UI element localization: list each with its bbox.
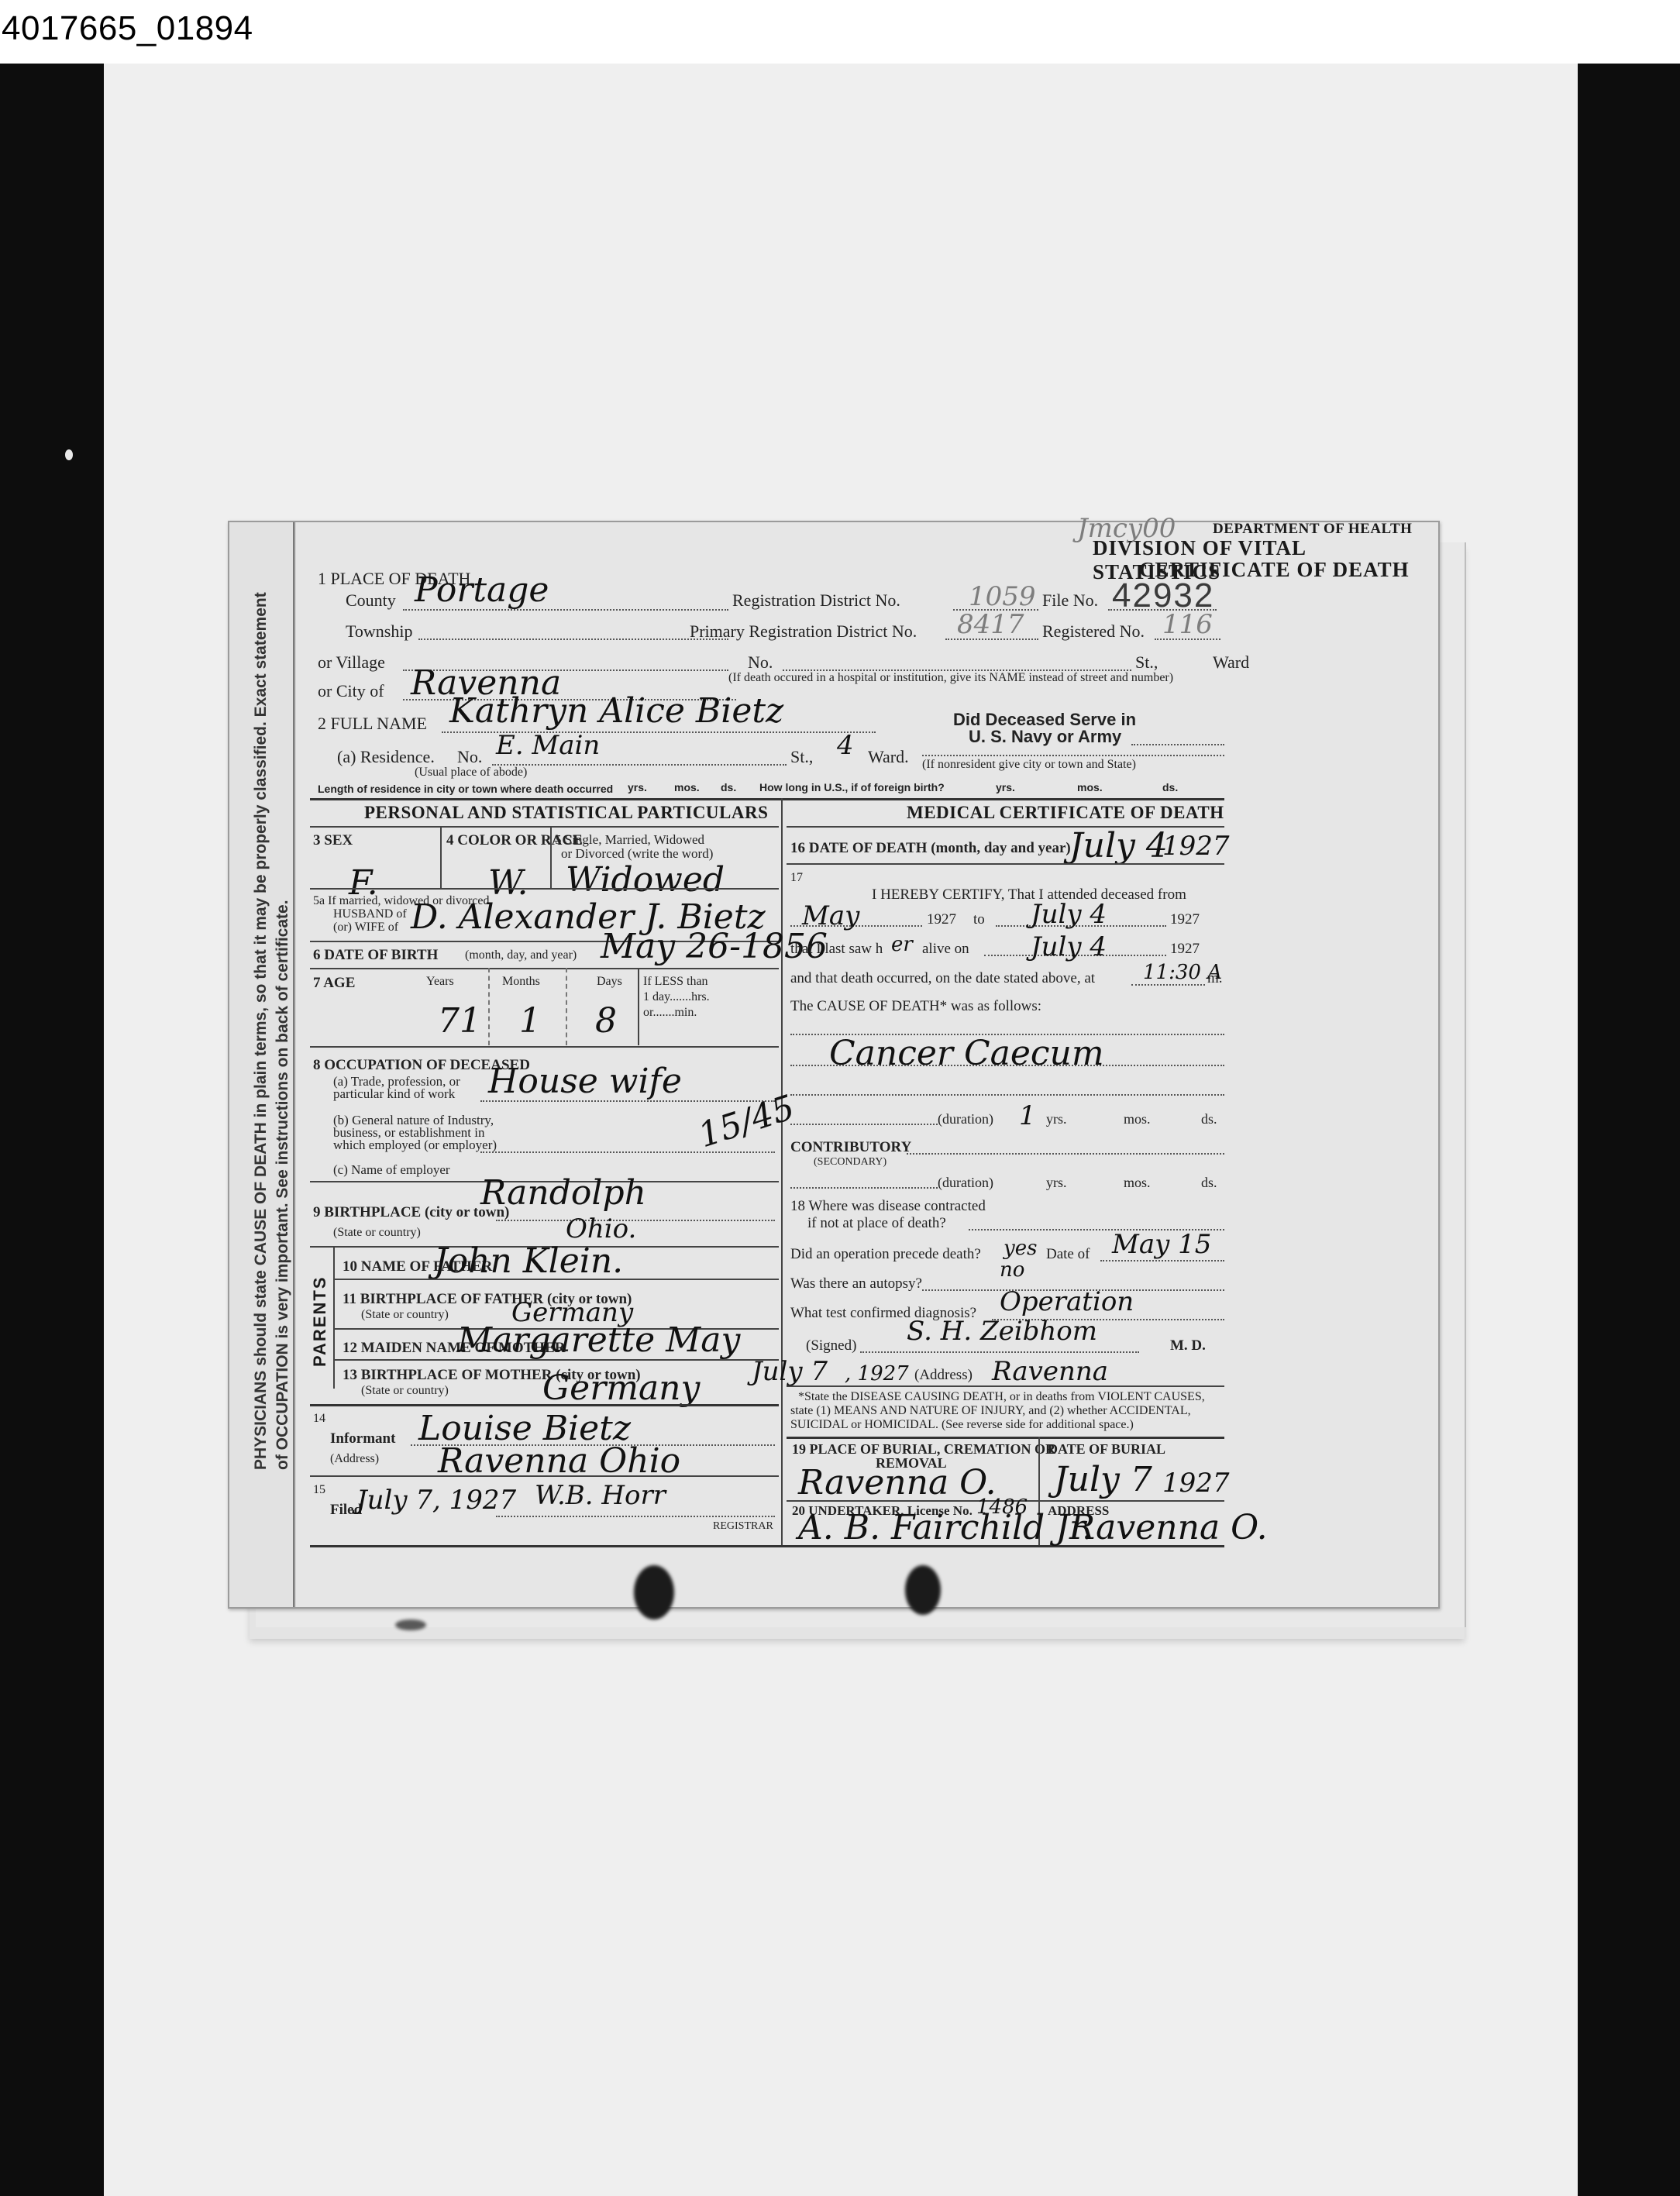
residence-no-label: No. <box>457 747 482 767</box>
undertaker-address: Ravenna O. <box>1069 1508 1268 1547</box>
signed-date: July 7 <box>752 1356 828 1387</box>
contrib-mos-label: mos. <box>1124 1175 1151 1191</box>
full-name-value: Kathryn Alice Bietz <box>449 691 783 731</box>
occupation-value: House wife <box>488 1062 682 1101</box>
certificate-body: Jmcy00 DEPARTMENT OF HEALTH DIVISION OF … <box>302 522 1430 1607</box>
last-saw-value: July 4 <box>1031 931 1107 962</box>
reg-district-label: Registration District No. <box>732 590 900 611</box>
autopsy-label: Was there an autopsy? <box>790 1275 922 1292</box>
attended-from-year: 1927 <box>927 911 956 928</box>
operation-label: Did an operation precede death? <box>790 1246 981 1263</box>
birthplace-state: Ohio. <box>566 1213 636 1244</box>
nonresident-note: (If nonresident give city or town and St… <box>922 758 1136 772</box>
duration-years: 1 <box>1019 1100 1036 1131</box>
death-occurred-label: and that death occurred, on the date sta… <box>790 970 1095 987</box>
duration-mos-label: mos. <box>1124 1111 1151 1127</box>
side-instructions-line2: of OCCUPATION is very important. See ins… <box>272 579 294 1470</box>
street-no-label: No. <box>748 652 773 673</box>
dob-hint: (month, day, and year) <box>465 948 577 962</box>
mother-state-label: (State or country) <box>361 1384 449 1398</box>
reg-district-value: 1059 <box>969 581 1036 612</box>
informant-label: Informant <box>330 1430 395 1447</box>
date-of-death-label: 16 DATE OF DEATH (month, day and year) <box>790 840 1071 857</box>
fb-mos-label: mos. <box>1077 781 1103 793</box>
navy-label-2: U. S. Navy or Army <box>969 727 1121 747</box>
residence-ward-label: Ward. <box>868 747 909 767</box>
age-months-label: Months <box>502 975 540 989</box>
last-saw-her: er <box>891 933 913 956</box>
medical-section-title: MEDICAL CERTIFICATE OF DEATH <box>907 803 1224 823</box>
operation-value: yes <box>1004 1237 1037 1260</box>
county-label: County <box>346 590 396 611</box>
registered-no-label: Registered No. <box>1042 621 1145 642</box>
age-days-label: Days <box>597 975 622 989</box>
occupation-code: 15/45 <box>694 1088 799 1156</box>
ward-value: 4 <box>837 730 854 761</box>
file-no-label: File No. <box>1042 590 1098 611</box>
registrar-label: REGISTRAR <box>713 1520 773 1533</box>
test-value: Operation <box>1000 1286 1134 1317</box>
fb-yrs-label: yrs. <box>996 781 1015 793</box>
death-certificate: PHYSICIANS should state CAUSE OF DEATH i… <box>228 521 1440 1609</box>
spouse-label-3: (or) WIFE of <box>333 921 398 935</box>
street-ward-label: Ward <box>1213 652 1249 673</box>
side-instructions: PHYSICIANS should state CAUSE OF DEATH i… <box>250 579 294 1470</box>
county-value: Portage <box>415 570 549 610</box>
personal-section-title: PERSONAL AND STATISTICAL PARTICULARS <box>364 803 768 823</box>
fb-ds-label: ds. <box>1162 781 1178 793</box>
street-st-label: St., <box>1135 652 1158 673</box>
length-residence-label: Length of residence in city or town wher… <box>318 783 613 795</box>
footnote-1: *State the DISEASE CAUSING DEATH, or in … <box>798 1390 1205 1404</box>
attended-to-label: to <box>973 911 985 928</box>
contributory-label: CONTRIBUTORY <box>790 1139 911 1156</box>
abode-note: (Usual place of abode) <box>415 766 527 780</box>
parents-label: PARENTS <box>310 1276 330 1368</box>
registrar-signature: W.B. Horr <box>535 1480 666 1511</box>
father-name-value: John Klein. <box>434 1241 623 1281</box>
attended-to: July 4 <box>1031 899 1107 930</box>
physician-signature: S. H. Zeibhom <box>907 1316 1097 1347</box>
autopsy-value: no <box>1000 1258 1024 1282</box>
res-ds-label: ds. <box>721 781 736 793</box>
village-label: or Village <box>318 652 385 673</box>
marital-label-1: 5 Single, Married, Widowed <box>555 832 704 848</box>
mother-maiden-value: Margarette May <box>457 1320 740 1360</box>
informant-num: 14 <box>313 1412 325 1426</box>
item-17-num: 17 <box>790 871 803 885</box>
primary-reg-value: 8417 <box>957 609 1024 640</box>
cause-label: The CAUSE OF DEATH* was as follows: <box>790 998 1041 1015</box>
attended-from: May <box>802 900 859 931</box>
age-years-value: 71 <box>438 1001 481 1041</box>
cause-value: Cancer Caecum <box>829 1034 1104 1073</box>
signed-year: , 1927 <box>845 1362 909 1385</box>
undertaker-value: A. B. Fairchild Jr. <box>798 1508 1093 1547</box>
township-label: Township <box>346 621 412 642</box>
burial-date-year: 1927 <box>1162 1468 1230 1499</box>
filed-date: July 7, 1927 <box>356 1485 516 1516</box>
age-years-label: Years <box>426 975 454 989</box>
city-label: or City of <box>318 681 384 701</box>
dob-label: 6 DATE OF BIRTH <box>313 947 438 964</box>
foreign-birth-label: How long in U.S., if of foreign birth? <box>759 781 945 793</box>
trade-label-2: particular kind of work <box>333 1086 455 1102</box>
department-title: DEPARTMENT OF HEALTH <box>1213 521 1412 538</box>
time-m-label: m. <box>1207 970 1223 987</box>
residence-label: (a) Residence. <box>337 747 435 767</box>
footnote-3: SUICIDAL or HOMICIDAL. (See reverse side… <box>790 1418 1134 1432</box>
hospital-note: (If death occured in a hospital or insti… <box>728 671 1173 685</box>
full-name-label: 2 FULL NAME <box>318 714 427 734</box>
mother-birthplace-value: Germany <box>542 1368 700 1408</box>
ink-blot <box>634 1565 674 1619</box>
contributory-duration-label: (duration) <box>938 1175 993 1191</box>
registered-no-value: 116 <box>1162 609 1213 640</box>
primary-reg-label: Primary Registration District No. <box>690 621 917 642</box>
scanner-frame-left <box>0 64 104 2196</box>
marital-label-2: or Divorced (write the word) <box>561 846 713 862</box>
father-state-label: (State or country) <box>361 1308 449 1322</box>
age-months-value: 1 <box>519 1001 541 1041</box>
duration-label: (duration) <box>938 1111 993 1127</box>
contrib-yrs-label: yrs. <box>1046 1175 1067 1191</box>
last-saw-label-2: alive on <box>922 941 969 958</box>
spouse-label-2: HUSBAND of <box>333 907 407 921</box>
marital-value: Widowed <box>566 860 725 900</box>
image-id-label: 4017665_01894 <box>2 9 253 48</box>
age-label: 7 AGE <box>313 975 355 992</box>
operation-date-value: May 15 <box>1112 1229 1211 1260</box>
less-than-3: or.......min. <box>643 1006 697 1020</box>
sex-label: 3 SEX <box>313 832 353 849</box>
certify-text: I HEREBY CERTIFY, That I attended deceas… <box>872 886 1186 904</box>
attended-to-year: 1927 <box>1170 911 1200 928</box>
residence-value: E. Main <box>496 730 600 761</box>
contracted-label-1: 18 Where was disease contracted <box>790 1198 986 1215</box>
burial-date-label: DATE OF BURIAL <box>1048 1441 1165 1458</box>
date-of-death-year: 1927 <box>1162 831 1230 862</box>
last-saw-label-1: that I last saw h <box>790 941 883 958</box>
burial-date-value: July 7 <box>1054 1460 1152 1499</box>
physician-address-label: (Address) <box>914 1367 973 1384</box>
res-yrs-label: yrs. <box>628 781 647 793</box>
duration-yrs-label: yrs. <box>1046 1111 1067 1127</box>
md-label: M. D. <box>1170 1337 1206 1354</box>
burial-place-value: Ravenna O. <box>798 1463 997 1502</box>
instruction-strip: PHYSICIANS should state CAUSE OF DEATH i… <box>229 522 295 1607</box>
pin-mark <box>65 449 73 460</box>
center-divider <box>781 798 783 1546</box>
ink-blot <box>905 1565 941 1615</box>
filed-num: 15 <box>313 1483 325 1497</box>
physician-address: Ravenna <box>992 1356 1108 1387</box>
duration-ds-label: ds. <box>1201 1111 1217 1127</box>
date-of-death-value: July 4 <box>1069 826 1168 866</box>
birthplace-city: Randolph <box>480 1173 646 1213</box>
operation-date-label: Date of <box>1046 1246 1090 1263</box>
residence-st-label: St., <box>790 747 813 767</box>
res-mos-label: mos. <box>674 781 700 793</box>
ink-blot <box>395 1619 426 1630</box>
last-saw-year: 1927 <box>1170 941 1200 958</box>
age-days-value: 8 <box>595 1001 617 1041</box>
secondary-label: (SECONDARY) <box>814 1156 886 1169</box>
scanner-frame-right <box>1578 64 1680 2196</box>
birthplace-state-label: (State or country) <box>333 1226 421 1240</box>
informant-address-label: (Address) <box>330 1452 379 1466</box>
less-than-1: If LESS than <box>643 975 708 989</box>
signed-label: (Signed) <box>806 1337 856 1354</box>
employer-label: (c) Name of employer <box>333 1162 450 1178</box>
side-instructions-line1: PHYSICIANS should state CAUSE OF DEATH i… <box>250 579 272 1470</box>
footnote-2: state (1) MEANS AND NATURE OF INJURY, an… <box>790 1404 1191 1418</box>
contracted-label-2: if not at place of death? <box>807 1215 946 1232</box>
contrib-ds-label: ds. <box>1201 1175 1217 1191</box>
industry-label-3: which employed (or employer) <box>333 1138 497 1153</box>
less-than-2: 1 day.......hrs. <box>643 990 710 1004</box>
